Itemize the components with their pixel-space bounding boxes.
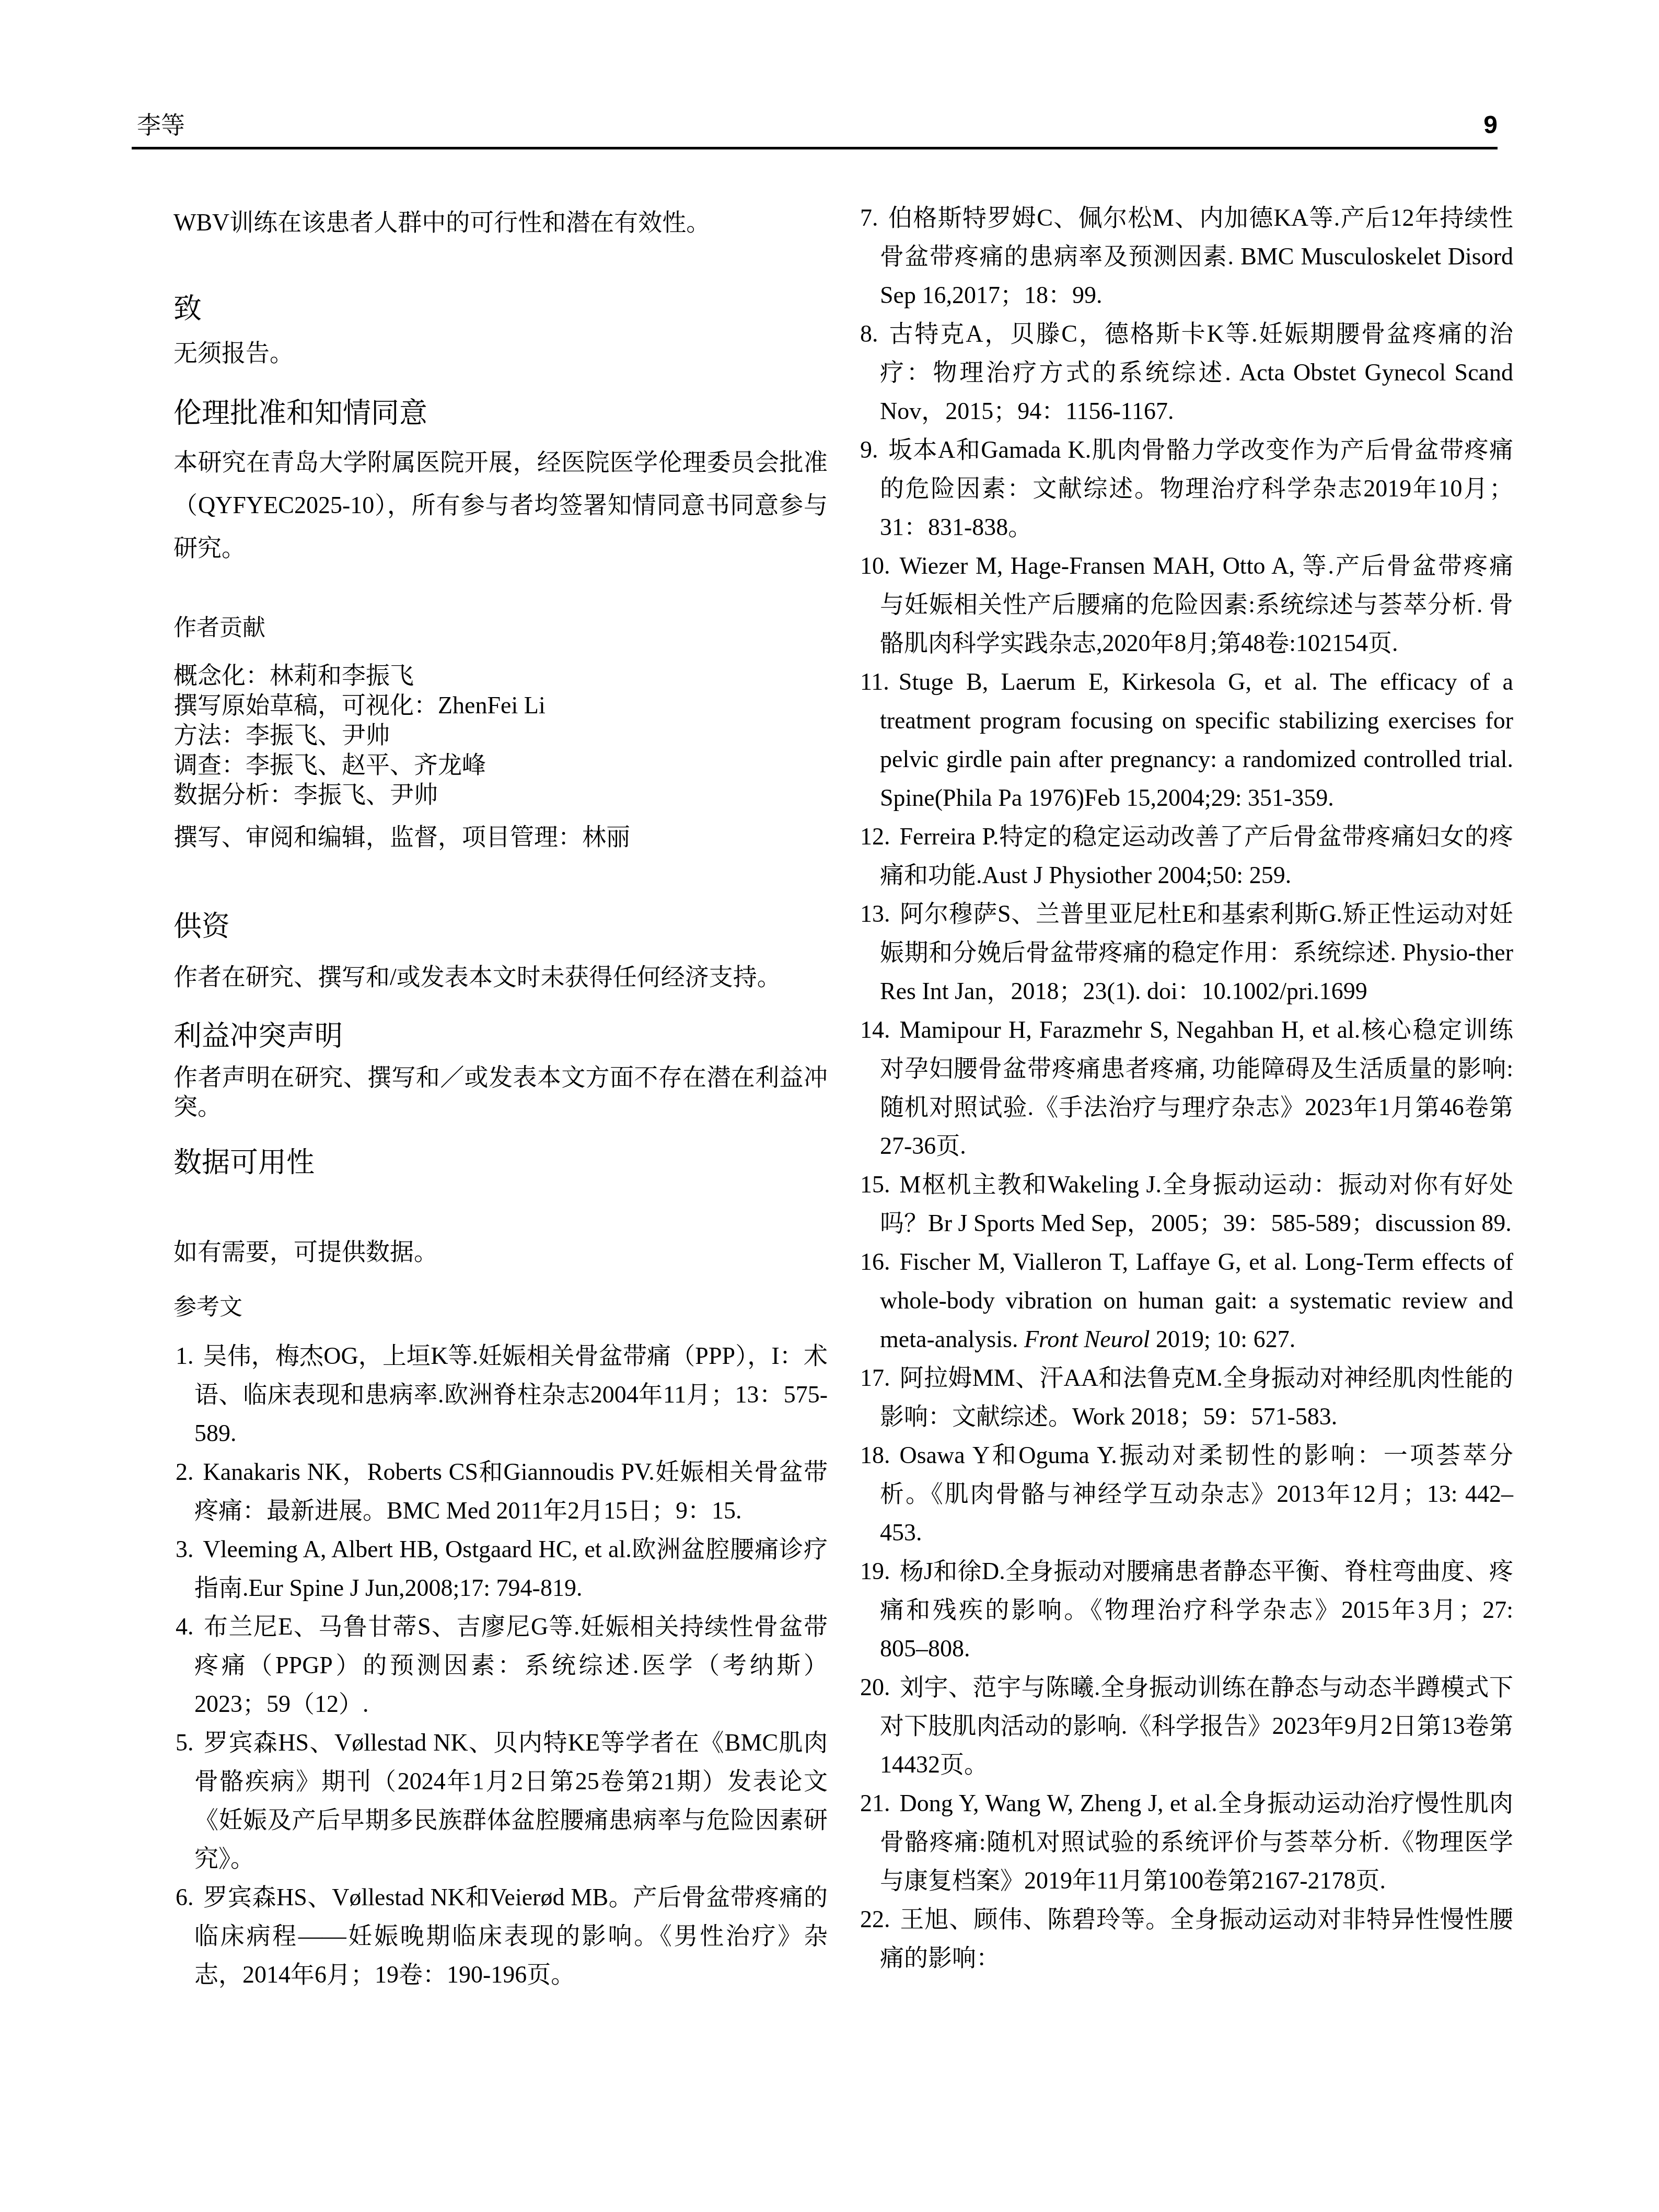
section-heading-references: 参考文 <box>173 1293 828 1322</box>
reference-number: 13. <box>860 900 890 927</box>
reference-text: 杨J和徐D.全身振动对腰痛患者静态平衡、脊柱弯曲度、疼痛和残疾的影响。《物理治疗… <box>880 1558 1513 1662</box>
section-heading-acknowledgement: 致 <box>173 292 828 326</box>
data-availability-body: 如有需要，可提供数据。 <box>173 1237 828 1267</box>
reference-number: 4. <box>176 1613 194 1640</box>
author-contribution-line: 调查：李振飞、赵平、齐龙峰 <box>173 750 828 780</box>
reference-item: 15.M枢机主教和Wakeling J.全身振动运动：振动对你有好处吗？Br J… <box>857 1165 1513 1243</box>
author-contribution-line: 数据分析：李振飞、尹帅 <box>173 780 828 809</box>
reference-number: 19. <box>860 1558 890 1584</box>
document-page: 李等 9 WBV训练在该患者人群中的可行性和潜在有效性。 致 无须报告。 伦理批… <box>0 0 1659 2212</box>
reference-text: Vleeming A, Albert HB, Ostgaard HC, et a… <box>194 1536 828 1601</box>
reference-text: Osawa Y和Oguma Y.振动对柔韧性的影响：一项荟萃分析。《肌肉骨骼与神… <box>880 1442 1513 1546</box>
header-divider-rule <box>132 147 1498 149</box>
reference-text: Fischer M, Vialleron T, Laffaye G, et al… <box>880 1248 1513 1352</box>
references-list-right: 7.伯格斯特罗姆C、佩尔松M、内加德KA等.产后12年持续性骨盆带疼痛的患病率及… <box>857 199 1513 1977</box>
right-column: 7.伯格斯特罗姆C、佩尔松M、内加德KA等.产后12年持续性骨盆带疼痛的患病率及… <box>857 184 1513 1977</box>
author-contribution-line: 概念化：林莉和李振飞 <box>173 661 828 690</box>
reference-item: 1.吴伟，梅杰OG，上垣K等.妊娠相关骨盆带痛（PPP），I：术语、临床表现和患… <box>173 1337 828 1453</box>
conflict-of-interest-body: 作者声明在研究、撰写和／或发表本文方面不存在潜在利益冲突。 <box>173 1063 828 1121</box>
section-heading-conflict-of-interest: 利益冲突声明 <box>173 1019 828 1053</box>
reference-text: 布兰尼E、马鲁甘蒂S、吉廖尼G等.妊娠相关持续性骨盆带疼痛（PPGP）的预测因素… <box>194 1613 828 1717</box>
references-list-left: 1.吴伟，梅杰OG，上垣K等.妊娠相关骨盆带痛（PPP），I：术语、临床表现和患… <box>173 1337 828 1994</box>
reference-item: 17.阿拉姆MM、汗AA和法鲁克M.全身振动对神经肌肉性能的影响：文献综述。Wo… <box>857 1359 1513 1436</box>
reference-number: 6. <box>176 1884 194 1910</box>
reference-number: 18. <box>860 1442 890 1468</box>
reference-item: 12.Ferreira P.特定的稳定运动改善了产后骨盆带疼痛妇女的疼痛和功能.… <box>857 817 1513 895</box>
reference-number: 7. <box>860 204 878 231</box>
reference-number: 11. <box>860 668 889 695</box>
left-column: WBV训练在该患者人群中的可行性和潜在有效性。 致 无须报告。 伦理批准和知情同… <box>173 188 828 1994</box>
reference-text: 阿拉姆MM、汗AA和法鲁克M.全身振动对神经肌肉性能的影响：文献综述。Work … <box>880 1364 1513 1430</box>
section-heading-data-availability: 数据可用性 <box>173 1145 828 1180</box>
reference-item: 18.Osawa Y和Oguma Y.振动对柔韧性的影响：一项荟萃分析。《肌肉骨… <box>857 1436 1513 1552</box>
author-contributions-closing-line: 撰写、审阅和编辑，监督，项目管理：林丽 <box>173 822 828 852</box>
reference-item: 16.Fischer M, Vialleron T, Laffaye G, et… <box>857 1243 1513 1359</box>
reference-number: 5. <box>176 1729 194 1756</box>
reference-item: 10.Wiezer M, Hage-Fransen MAH, Otto A, 等… <box>857 547 1513 663</box>
author-contributions-list: 概念化：林莉和李振飞撰写原始草稿，可视化：ZhenFei Li方法：李振飞、尹帅… <box>173 661 828 809</box>
reference-number: 22. <box>860 1906 890 1932</box>
reference-text: M枢机主教和Wakeling J.全身振动运动：振动对你有好处吗？Br J Sp… <box>880 1171 1513 1236</box>
reference-item: 4.布兰尼E、马鲁甘蒂S、吉廖尼G等.妊娠相关持续性骨盆带疼痛（PPGP）的预测… <box>173 1607 828 1723</box>
reference-text: 伯格斯特罗姆C、佩尔松M、内加德KA等.产后12年持续性骨盆带疼痛的患病率及预测… <box>880 204 1513 308</box>
reference-item: 8.古特克A，贝滕C，德格斯卡K等.妊娠期腰骨盆疼痛的治疗：物理治疗方式的系统综… <box>857 315 1513 431</box>
section-heading-funding: 供资 <box>173 909 828 944</box>
reference-number: 14. <box>860 1016 890 1043</box>
reference-number: 15. <box>860 1171 890 1198</box>
section-heading-author-contributions: 作者贡献 <box>173 613 828 643</box>
reference-item: 21.Dong Y, Wang W, Zheng J, et al.全身振动运动… <box>857 1784 1513 1900</box>
reference-item: 19.杨J和徐D.全身振动对腰痛患者静态平衡、脊柱弯曲度、疼痛和残疾的影响。《物… <box>857 1552 1513 1668</box>
reference-item: 22.王旭、顾伟、陈碧玲等。全身振动运动对非特异性慢性腰痛的影响： <box>857 1900 1513 1977</box>
author-contribution-line: 撰写原始草稿，可视化：ZhenFei Li <box>173 690 828 720</box>
reference-item: 7.伯格斯特罗姆C、佩尔松M、内加德KA等.产后12年持续性骨盆带疼痛的患病率及… <box>857 199 1513 315</box>
reference-item: 3.Vleeming A, Albert HB, Ostgaard HC, et… <box>173 1530 828 1607</box>
reference-text: Ferreira P.特定的稳定运动改善了产后骨盆带疼痛妇女的疼痛和功能.Aus… <box>880 823 1513 888</box>
reference-number: 21. <box>860 1790 890 1816</box>
reference-text: Kanakaris NK，Roberts CS和Giannoudis PV.妊娠… <box>194 1458 828 1524</box>
reference-number: 16. <box>860 1248 890 1275</box>
reference-text: Wiezer M, Hage-Fransen MAH, Otto A, 等.产后… <box>880 552 1513 656</box>
reference-item: 11.Stuge B, Laerum E, Kirkesola G, et al… <box>857 663 1513 817</box>
reference-text: 罗宾森HS、Vøllestad NK和Veierød MB。产后骨盆带疼痛的临床… <box>194 1884 828 1988</box>
reference-item: 13.阿尔穆萨S、兰普里亚尼杜E和基索利斯G.矫正性运动对妊娠期和分娩后骨盆带疼… <box>857 895 1513 1011</box>
reference-number: 17. <box>860 1364 890 1391</box>
acknowledgement-body: 无须报告。 <box>173 338 828 369</box>
page-header: 李等 9 <box>137 112 1498 139</box>
page-number: 9 <box>1483 112 1498 139</box>
reference-text: 刘宇、范宇与陈曦.全身振动训练在静态与动态半蹲模式下对下肢肌肉活动的影响.《科学… <box>880 1674 1513 1778</box>
reference-text: Mamipour H, Farazmehr S, Negahban H, et … <box>880 1016 1513 1159</box>
author-contribution-line: 方法：李振飞、尹帅 <box>173 720 828 750</box>
reference-item: 5.罗宾森HS、Vøllestad NK、贝内特KE等学者在《BMC肌肉骨骼疾病… <box>173 1723 828 1878</box>
ethics-body: 本研究在青岛大学附属医院开展，经医院医学伦理委员会批准（QYFYEC2025-1… <box>173 441 828 570</box>
reference-number: 10. <box>860 552 890 579</box>
reference-text: 坂本A和Gamada K.肌肉骨骼力学改变作为产后骨盆带疼痛的危险因素：文献综述… <box>880 436 1513 540</box>
reference-number: 8. <box>860 320 878 347</box>
reference-number: 12. <box>860 823 890 850</box>
reference-number: 20. <box>860 1674 890 1700</box>
section-heading-ethics: 伦理批准和知情同意 <box>173 396 828 431</box>
reference-item: 20.刘宇、范宇与陈曦.全身振动训练在静态与动态半蹲模式下对下肢肌肉活动的影响.… <box>857 1668 1513 1784</box>
running-head-author: 李等 <box>137 112 185 139</box>
reference-number: 2. <box>176 1458 194 1485</box>
reference-item: 2.Kanakaris NK，Roberts CS和Giannoudis PV.… <box>173 1453 828 1530</box>
reference-text: 吴伟，梅杰OG，上垣K等.妊娠相关骨盆带痛（PPP），I：术语、临床表现和患病率… <box>194 1342 828 1446</box>
reference-number: 3. <box>176 1536 194 1562</box>
reference-text: 阿尔穆萨S、兰普里亚尼杜E和基索利斯G.矫正性运动对妊娠期和分娩后骨盆带疼痛的稳… <box>880 900 1513 1004</box>
reference-number: 1. <box>176 1342 194 1369</box>
intro-sentence: WBV训练在该患者人群中的可行性和潜在有效性。 <box>173 206 828 239</box>
reference-item: 9.坂本A和Gamada K.肌肉骨骼力学改变作为产后骨盆带疼痛的危险因素：文献… <box>857 431 1513 547</box>
reference-item: 14.Mamipour H, Farazmehr S, Negahban H, … <box>857 1011 1513 1165</box>
reference-item: 6.罗宾森HS、Vøllestad NK和Veierød MB。产后骨盆带疼痛的… <box>173 1878 828 1994</box>
reference-text: 罗宾森HS、Vøllestad NK、贝内特KE等学者在《BMC肌肉骨骼疾病》期… <box>194 1729 828 1872</box>
reference-text: 王旭、顾伟、陈碧玲等。全身振动运动对非特异性慢性腰痛的影响： <box>880 1906 1513 1971</box>
funding-body: 作者在研究、撰写和/或发表本文时未获得任何经济支持。 <box>173 962 828 993</box>
reference-text: Dong Y, Wang W, Zheng J, et al.全身振动运动治疗慢… <box>880 1790 1513 1894</box>
reference-number: 9. <box>860 436 878 463</box>
reference-text: 古特克A，贝滕C，德格斯卡K等.妊娠期腰骨盆疼痛的治疗：物理治疗方式的系统综述.… <box>880 320 1513 424</box>
reference-text: Stuge B, Laerum E, Kirkesola G, et al. T… <box>880 668 1513 811</box>
